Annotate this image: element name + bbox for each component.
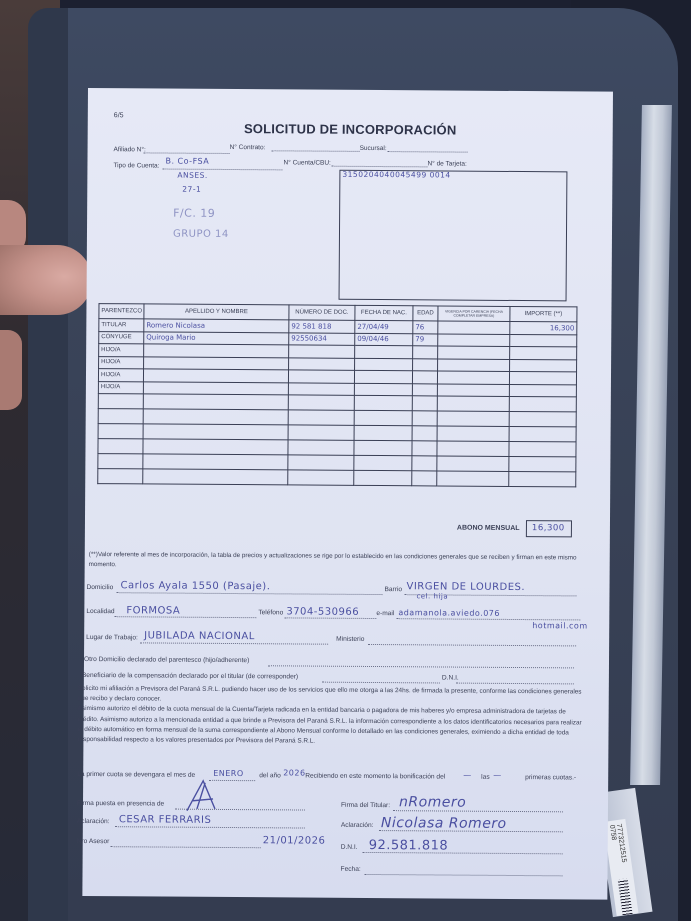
cell-edad[interactable]: 76 (413, 321, 438, 334)
trabajo-row: Lugar de Trabajo: JUBILADA NACIONAL Mini… (86, 634, 576, 649)
cell-parentezco[interactable] (98, 394, 143, 409)
col-importe: IMPORTE (**) (510, 306, 577, 321)
cell-fecha[interactable] (354, 410, 412, 425)
domicilio-label: Domicilio (86, 584, 113, 591)
cell-edad[interactable] (412, 426, 437, 441)
presencia-row: Firma puesta en presencia de (77, 800, 307, 814)
table-row (98, 469, 576, 487)
localidad-value: FORMOSA (126, 605, 180, 616)
asesor-row: Nro Asesor 21/01/2026 (77, 838, 307, 852)
installment-year-label: del año (259, 772, 281, 779)
members-table-body: TITULARRomero Nicolasa92 581 81827/04/49… (98, 319, 577, 487)
cell-vigencia[interactable] (438, 346, 510, 359)
cell-doc[interactable] (288, 425, 354, 440)
localidad-field[interactable] (114, 616, 256, 618)
presencia-label: Firma puesta en presencia de (77, 800, 164, 808)
cell-edad[interactable] (412, 383, 437, 396)
domicilio-field[interactable] (116, 592, 382, 595)
cell-edad[interactable] (412, 396, 437, 411)
note-number: 27-1 (182, 185, 201, 194)
barrio-label: Barrio (384, 586, 402, 593)
cell-parentezco[interactable]: CÓNYUGE (99, 331, 144, 344)
email-field[interactable] (396, 618, 580, 620)
cell-vigencia[interactable] (437, 441, 509, 457)
cell-doc[interactable] (288, 395, 354, 410)
cell-importe[interactable] (509, 371, 576, 384)
cuenta-label: N° Cuenta/CBU: (283, 159, 330, 166)
cell-vigencia[interactable] (437, 411, 509, 427)
aclaracion-left-row: Aclaración: CESAR FERRARIS (77, 818, 307, 832)
email-value-line2: hotmail.com (532, 621, 587, 630)
barrio-extra: cel. hija (416, 592, 448, 600)
cell-fecha[interactable] (354, 470, 412, 485)
firma-titular-value: nRomero (399, 794, 466, 810)
cell-doc[interactable] (288, 382, 354, 395)
cell-vigencia[interactable] (437, 426, 509, 442)
cell-edad[interactable] (412, 456, 437, 471)
page-number: 6/5 (114, 112, 124, 119)
installment-year: 2026 (283, 768, 305, 777)
terms-paragraph-2: Asimismo autorizo el débito de la cuota … (77, 704, 582, 748)
cell-parentezco[interactable] (98, 424, 143, 439)
las-label: las (481, 774, 489, 781)
beneficiario-field[interactable] (322, 682, 440, 684)
aclaracion-right-label: Aclaración: (341, 822, 374, 829)
dni-row: D.N.I. 92.581.818 (341, 844, 571, 858)
cell-fecha[interactable]: 09/04/46 (355, 333, 413, 346)
cell-parentezco[interactable]: HIJO/A (98, 369, 143, 382)
cell-vigencia[interactable] (437, 471, 509, 487)
installment-suffix: primeras cuotas.- (525, 774, 576, 781)
afiliado-label: Afiliado N°: (114, 146, 146, 153)
cell-doc[interactable] (288, 370, 354, 383)
cell-nombre[interactable] (143, 369, 288, 383)
sucursal-field[interactable] (388, 151, 468, 153)
asesor-date: 21/01/2026 (263, 835, 326, 846)
cell-importe[interactable] (509, 471, 576, 486)
otro-domicilio-label: Otro Domicilio declarado del parentesco … (84, 656, 249, 664)
cell-doc[interactable]: 92 581 818 (289, 320, 355, 333)
col-parentezco: PARENTEZCO (99, 304, 144, 319)
aclaracion-right-row: Aclaración: Nicolasa Romero (341, 822, 571, 836)
localidad-label: Localidad (86, 608, 114, 615)
cell-importe[interactable] (510, 346, 577, 359)
cell-nombre[interactable] (143, 381, 288, 395)
cell-doc[interactable] (288, 455, 354, 470)
cell-importe[interactable] (509, 441, 576, 456)
fecha-row: Fecha: (340, 866, 570, 880)
email-value: adamanola.aviedo.076 (398, 608, 500, 618)
witness-signature-icon (183, 779, 223, 813)
cell-edad[interactable]: 79 (413, 333, 438, 346)
dni-value: 92.581.818 (369, 838, 449, 854)
tipo-cuenta-value: B. Co-FSA (165, 157, 209, 166)
cell-vigencia[interactable] (437, 396, 509, 412)
col-vigencia: VIGENCIA POR CARENCIA (FECHA COMPLETAR E… (438, 306, 510, 322)
cell-vigencia[interactable] (437, 383, 509, 396)
aclaracion-left-value: CESAR FERRARIS (119, 814, 212, 826)
cell-nombre[interactable] (143, 469, 288, 485)
firma-titular-field[interactable] (393, 810, 563, 812)
cell-parentezco[interactable]: TITULAR (99, 319, 144, 332)
note-anses: ANSES. (177, 171, 207, 180)
cell-fecha[interactable] (354, 425, 412, 440)
cell-nombre[interactable] (143, 439, 288, 455)
cell-edad[interactable] (413, 358, 438, 371)
aclaracion-left-label: Aclaración: (77, 818, 110, 825)
email-label: e-mail (376, 610, 394, 617)
cell-edad[interactable] (412, 471, 437, 486)
domicilio-row: Domicilio Carlos Ayala 1550 (Pasaje). Ba… (86, 584, 576, 599)
contrato-label: N° Contrato: (230, 144, 266, 151)
abono-mensual-box[interactable]: 16,300 (526, 520, 572, 537)
ministerio-field[interactable] (368, 644, 576, 646)
cell-parentezco[interactable] (98, 469, 143, 484)
card-number-box[interactable]: 3150204040045499 0014 (339, 170, 568, 302)
cell-nombre[interactable]: Quiroga Mario (144, 331, 289, 345)
cell-nombre[interactable]: Romero Nicolasa (144, 319, 289, 333)
tipo-cuenta-label: Tipo de Cuenta: (113, 162, 159, 169)
col-fecha: FECHA DE NAC. (355, 305, 413, 320)
folder-spine (28, 8, 68, 921)
firma-titular-label: Firma del Titular: (341, 802, 390, 809)
cell-nombre[interactable] (143, 409, 288, 425)
cell-fecha[interactable] (354, 383, 412, 396)
cell-importe[interactable] (510, 359, 577, 372)
abono-mensual-value: 16,300 (532, 523, 565, 533)
cell-fecha[interactable] (354, 395, 412, 410)
bonus-value: — (463, 771, 472, 780)
cell-parentezco[interactable]: HIJO/A (98, 381, 143, 394)
localidad-row: Localidad FORMOSA Teléfono 3704-530966 e… (86, 608, 581, 623)
cell-vigencia[interactable] (438, 333, 510, 346)
firma-titular-row: Firma del Titular: nRomero (341, 802, 571, 816)
cell-vigencia[interactable] (438, 358, 510, 371)
cell-fecha[interactable] (354, 370, 412, 383)
cell-fecha[interactable]: 27/04/49 (355, 320, 413, 333)
cell-vigencia[interactable] (437, 371, 509, 384)
aclaracion-left-field[interactable] (115, 826, 305, 828)
cell-edad[interactable] (412, 411, 437, 426)
asesor-field[interactable] (111, 846, 261, 848)
cell-doc[interactable] (288, 440, 354, 455)
finger-lower (0, 330, 22, 410)
lugar-trabajo-label: Lugar de Trabajo: (86, 634, 138, 641)
beneficiario-label: Beneficiario de la compensación declarad… (82, 672, 298, 681)
cell-doc[interactable]: 92550634 (289, 332, 355, 345)
cell-importe[interactable] (509, 411, 576, 426)
first-installment-row: La primer cuota se devengara el mes de E… (77, 771, 582, 787)
cell-importe[interactable] (510, 334, 577, 347)
barcode-text: 7773212515 0758 (608, 823, 629, 875)
las-value: — (493, 771, 502, 780)
beneficiario-dni-field[interactable] (456, 683, 574, 685)
cell-parentezco[interactable] (98, 439, 143, 454)
thumb (0, 245, 92, 315)
installment-prefix: La primer cuota se devengara el mes de (77, 771, 195, 779)
cell-edad[interactable] (412, 441, 437, 456)
cell-nombre[interactable] (143, 394, 288, 410)
ministerio-label: Ministerio (336, 636, 364, 643)
telefono-label: Teléfono (258, 609, 283, 616)
sucursal-label: Sucursal: (360, 145, 387, 152)
cell-nombre[interactable] (144, 344, 289, 358)
cell-nombre[interactable] (143, 454, 288, 470)
tarjeta-label: N° de Tarjeta: (427, 160, 466, 167)
contrato-field[interactable] (272, 150, 360, 152)
fecha-field[interactable] (365, 874, 563, 876)
cell-doc[interactable] (288, 410, 354, 425)
otro-domicilio-row: Otro Domicilio declarado del parentesco … (84, 656, 576, 671)
lugar-trabajo-value: JUBILADA NACIONAL (144, 630, 255, 642)
cell-doc[interactable] (288, 470, 354, 485)
cell-fecha[interactable] (355, 345, 413, 358)
cell-importe[interactable] (509, 396, 576, 411)
cell-fecha[interactable] (354, 440, 412, 455)
form-title: SOLICITUD DE INCORPORACIÓN (88, 120, 613, 139)
fecha-label: Fecha: (341, 866, 361, 873)
dni-label: D.N.I. (341, 844, 358, 851)
cell-parentezco[interactable]: HIJO/A (99, 356, 144, 369)
abono-mensual-label: ABONO MENSUAL (457, 525, 520, 532)
note-grupo: GRUPO 14 (173, 229, 229, 240)
asesor-label: Nro Asesor (77, 838, 110, 845)
col-nombre: APELLIDO Y NOMBRE (144, 304, 289, 320)
cell-importe[interactable] (509, 426, 576, 441)
cuenta-field[interactable] (331, 166, 427, 168)
beneficiario-dni-label: D.N.I. (442, 674, 459, 681)
cell-edad[interactable] (412, 371, 437, 384)
cell-parentezco[interactable] (98, 409, 143, 424)
cell-importe[interactable]: 16,300 (510, 321, 577, 334)
cell-doc[interactable] (289, 357, 355, 370)
cell-importe[interactable] (509, 384, 576, 397)
cell-nombre[interactable] (144, 356, 289, 370)
cell-parentezco[interactable] (98, 454, 143, 469)
cell-importe[interactable] (509, 456, 576, 471)
price-note: (**)Valor referente al mes de incorporac… (89, 550, 577, 573)
cell-edad[interactable] (413, 346, 438, 359)
lugar-trabajo-field[interactable] (140, 642, 328, 644)
telefono-value: 3704-530966 (286, 606, 359, 618)
barcode-icon (618, 878, 633, 915)
installment-month: ENERO (213, 769, 244, 778)
cell-fecha[interactable] (355, 358, 413, 371)
cell-nombre[interactable] (143, 424, 288, 440)
cell-parentezco[interactable]: HIJO/A (99, 344, 144, 357)
col-edad: EDAD (413, 306, 438, 321)
form-paper: 6/5 SOLICITUD DE INCORPORACIÓN Afiliado … (82, 88, 613, 900)
cell-vigencia[interactable] (438, 321, 510, 334)
terms-text: Solicito mi afiliación a Previsora del P… (77, 684, 582, 749)
card-number-value: 3150204040045499 0014 (342, 170, 450, 180)
domicilio-value: Carlos Ayala 1550 (Pasaje). (120, 580, 270, 592)
cell-fecha[interactable] (354, 455, 412, 470)
col-doc: NÚMERO DE DOC. (289, 305, 355, 320)
otro-domicilio-field[interactable] (268, 665, 574, 668)
installment-middle: Recibiendo en este momento la bonificaci… (305, 773, 445, 781)
cell-doc[interactable] (289, 345, 355, 358)
barrio-value: VIRGEN DE LOURDES. (406, 581, 525, 593)
members-table: PARENTEZCO APELLIDO Y NOMBRE NÚMERO DE D… (97, 303, 577, 487)
note-fc: F/C. 19 (173, 207, 215, 220)
afiliado-field[interactable] (144, 152, 230, 154)
cell-vigencia[interactable] (437, 456, 509, 472)
aclaracion-right-value: Nicolasa Romero (381, 815, 507, 832)
